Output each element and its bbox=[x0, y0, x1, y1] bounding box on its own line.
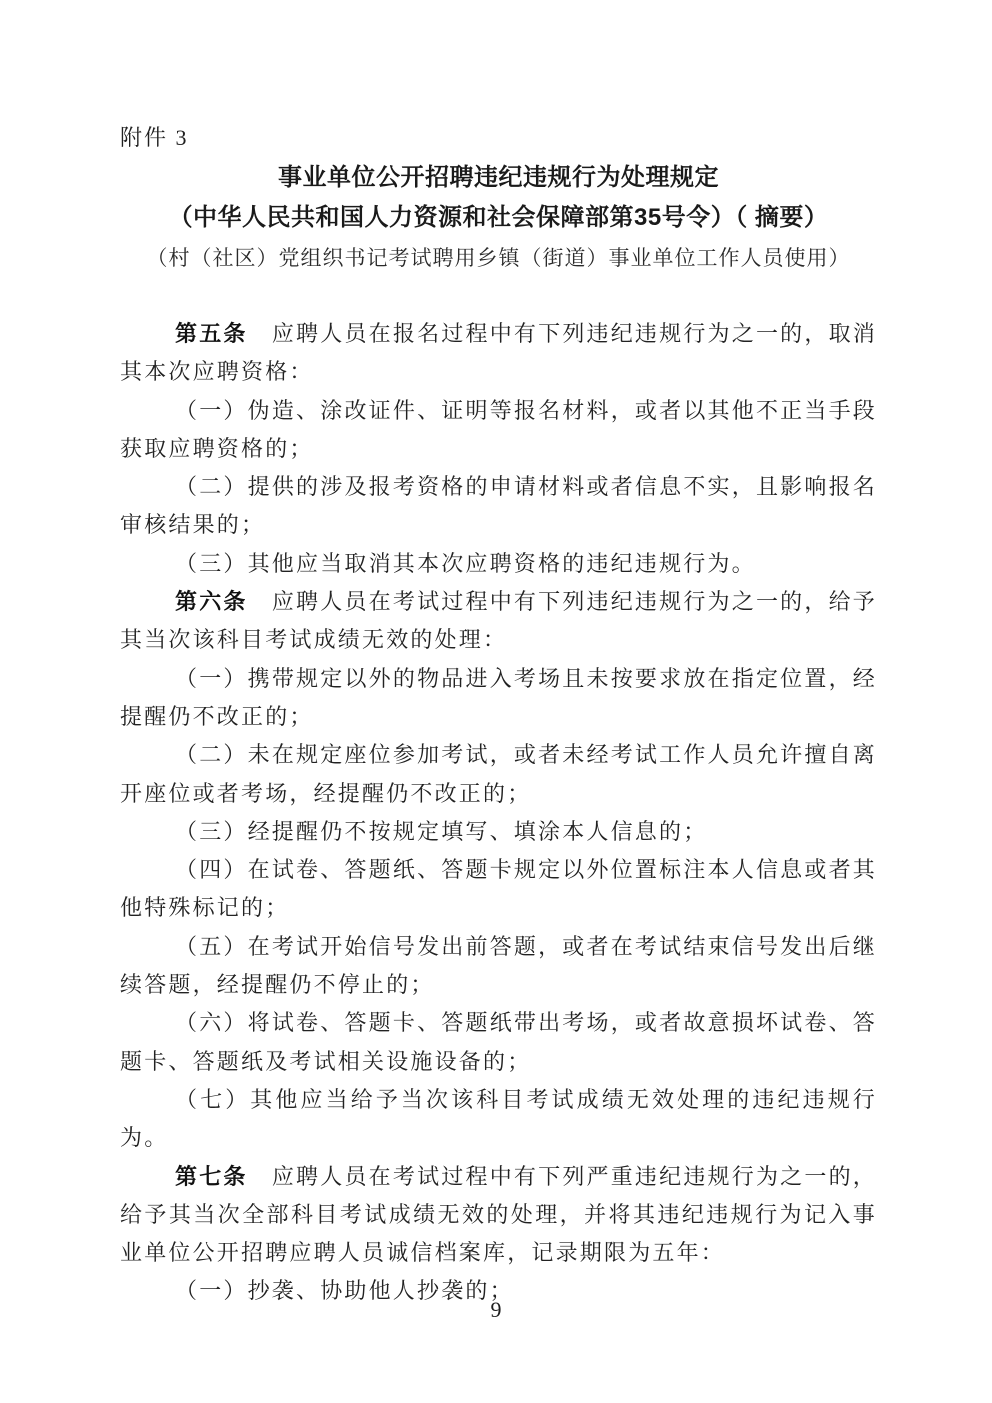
paragraph-text: （一）携带规定以外的物品进入考场且未按要求放在指定位置，经提醒仍不改正的； bbox=[120, 666, 877, 729]
paragraph-item: （二）提供的涉及报考资格的申请材料或者信息不实，且影响报名审核结果的； bbox=[120, 468, 877, 545]
paragraph-text: （六）将试卷、答题卡、答题纸带出考场，或者故意损坏试卷、答题卡、答题纸及考试相关… bbox=[120, 1010, 877, 1073]
paragraph-text: （四）在试卷、答题纸、答题卡规定以外位置标注本人信息或者其他特殊标记的； bbox=[120, 857, 877, 920]
paragraph-item: （七）其他应当给予当次该科目考试成绩无效处理的违纪违规行为。 bbox=[120, 1081, 877, 1158]
paragraph-article-7: 第七条 应聘人员在考试过程中有下列严重违纪违规行为之一的，给予其当次全部科目考试… bbox=[120, 1158, 877, 1273]
paragraph-article-5: 第五条 应聘人员在报名过程中有下列违纪违规行为之一的，取消其本次应聘资格： bbox=[120, 315, 877, 392]
scope-note: （村（社区）党组织书记考试聘用乡镇（街道）事业单位工作人员使用） bbox=[120, 238, 877, 278]
paragraph-text: （二）提供的涉及报考资格的申请材料或者信息不实，且影响报名审核结果的； bbox=[120, 474, 877, 537]
paragraph-item: （六）将试卷、答题卡、答题纸带出考场，或者故意损坏试卷、答题卡、答题纸及考试相关… bbox=[120, 1004, 877, 1081]
paragraph-text: （三）其他应当取消其本次应聘资格的违纪违规行为。 bbox=[175, 551, 756, 576]
article-label: 第七条 bbox=[175, 1164, 248, 1189]
paragraph-item: （三）经提醒仍不按规定填写、填涂本人信息的； bbox=[120, 813, 877, 851]
paragraph-text: （二）未在规定座位参加考试，或者未经考试工作人员允许擅自离开座位或者考场，经提醒… bbox=[120, 742, 877, 805]
page-number: 9 bbox=[0, 1296, 992, 1324]
paragraph-text: （五）在考试开始信号发出前答题，或者在考试结束信号发出后继续答题，经提醒仍不停止… bbox=[120, 934, 877, 997]
document-subtitle: （中华人民共和国人力资源和社会保障部第35号令）（ 摘要） bbox=[120, 198, 877, 238]
paragraph-article-6: 第六条 应聘人员在考试过程中有下列违纪违规行为之一的，给予其当次该科目考试成绩无… bbox=[120, 583, 877, 660]
paragraph-item: （二）未在规定座位参加考试，或者未经考试工作人员允许擅自离开座位或者考场，经提醒… bbox=[120, 736, 877, 813]
paragraph-item: （一）携带规定以外的物品进入考场且未按要求放在指定位置，经提醒仍不改正的； bbox=[120, 660, 877, 737]
paragraph-text: （一）伪造、涂改证件、证明等报名材料，或者以其他不正当手段获取应聘资格的； bbox=[120, 398, 877, 461]
document-content: 附件 3 事业单位公开招聘违纪违规行为处理规定 （中华人民共和国人力资源和社会保… bbox=[120, 118, 877, 1311]
document-title: 事业单位公开招聘违纪违规行为处理规定 bbox=[120, 158, 877, 198]
attachment-label: 附件 3 bbox=[120, 118, 877, 158]
paragraph-item: （四）在试卷、答题纸、答题卡规定以外位置标注本人信息或者其他特殊标记的； bbox=[120, 851, 877, 928]
article-label: 第五条 bbox=[175, 321, 248, 346]
paragraph-text: （七）其他应当给予当次该科目考试成绩无效处理的违纪违规行为。 bbox=[120, 1087, 877, 1150]
paragraph-item: （一）伪造、涂改证件、证明等报名材料，或者以其他不正当手段获取应聘资格的； bbox=[120, 392, 877, 469]
paragraph-item: （三）其他应当取消其本次应聘资格的违纪违规行为。 bbox=[120, 545, 877, 583]
article-label: 第六条 bbox=[175, 589, 248, 614]
document-page: 附件 3 事业单位公开招聘违纪违规行为处理规定 （中华人民共和国人力资源和社会保… bbox=[0, 0, 992, 1403]
paragraph-text: （三）经提醒仍不按规定填写、填涂本人信息的； bbox=[175, 819, 707, 844]
paragraph-item: （五）在考试开始信号发出前答题，或者在考试结束信号发出后继续答题，经提醒仍不停止… bbox=[120, 928, 877, 1005]
document-body: 第五条 应聘人员在报名过程中有下列违纪违规行为之一的，取消其本次应聘资格： （一… bbox=[120, 315, 877, 1311]
